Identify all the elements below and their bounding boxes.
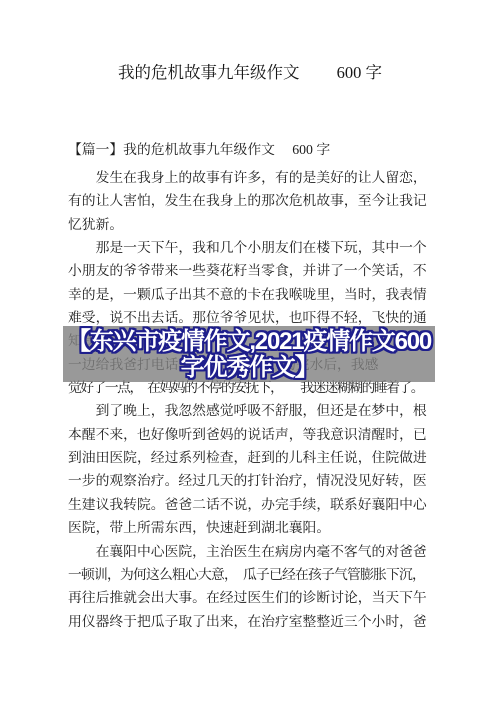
body-line: 用仪器终于把瓜子取了出来，在治疗室整整近三个小时，爸 [68,610,468,633]
body-line: 到油田医院，经过系列检查，赶到的儿科主任说，住院做进 [68,446,468,469]
body-line: 一顿训，为何这么粗心大意， 瓜子已经在孩子气管膨胀下沉， [68,563,468,586]
body-line: 忆犹新。 [68,213,468,236]
body-line: 发生在我身上的故事有许多，有的是美好的让人留恋， [68,166,468,189]
body-line: 在襄阳中心医院，主治医生在病房内毫不客气的对爸爸 [68,540,468,563]
document-title: 我的危机故事九年级作文 600 字 [0,61,500,85]
body-line: 到了晚上，我忽然感觉呼吸不舒服，但还是在梦中，根 [68,399,468,422]
body-line: 本醒不来，也好像听到爸妈的说话声，等我意识清醒时，已 [68,423,468,446]
body-line: 生建议我转院。爸爸二话不说，办完手续，联系好襄阳中心 [68,493,468,516]
body-line: 有的让人害怕，发生在我身上的那次危机故事，至今让我记 [68,189,468,212]
document-page: 我的危机故事九年级作文 600 字 【篇一】我的危机故事九年级作文 600 字 … [0,0,500,708]
body-line: 那是一天下午，我和几个小朋友们在楼下玩，其中一个 [68,236,468,259]
overlay-text-line1: 【东兴市疫情作文,2021疫情作文600 [63,329,435,355]
overlay-text-line2: 字优秀作文】 [63,355,435,381]
body-text: 发生在我身上的故事有许多，有的是美好的让人留恋，有的让人害怕，发生在我身上的那次… [68,166,468,633]
body-line: 一步的观察治疗。经过几天的打针治疗，情况没见好转，医 [68,469,468,492]
watermark-overlay-banner[interactable]: 【东兴市疫情作文,2021疫情作文600 字优秀作文】 [63,326,435,382]
section-heading: 【篇一】我的危机故事九年级作文 600 字 [68,139,330,161]
body-line: 医院，带上所需东西，快速赶到湖北襄阳。 [68,516,468,539]
body-line: 幸的是，一颗瓜子出其不意的卡在我喉咙里，当时，我表情 [68,283,468,306]
body-line: 再往后推就会出大事。在经过医生们的诊断讨论，当天下午 [68,586,468,609]
body-line: 小朋友的爷爷带来一些葵花籽当零食，并讲了一个笑话，不 [68,259,468,282]
